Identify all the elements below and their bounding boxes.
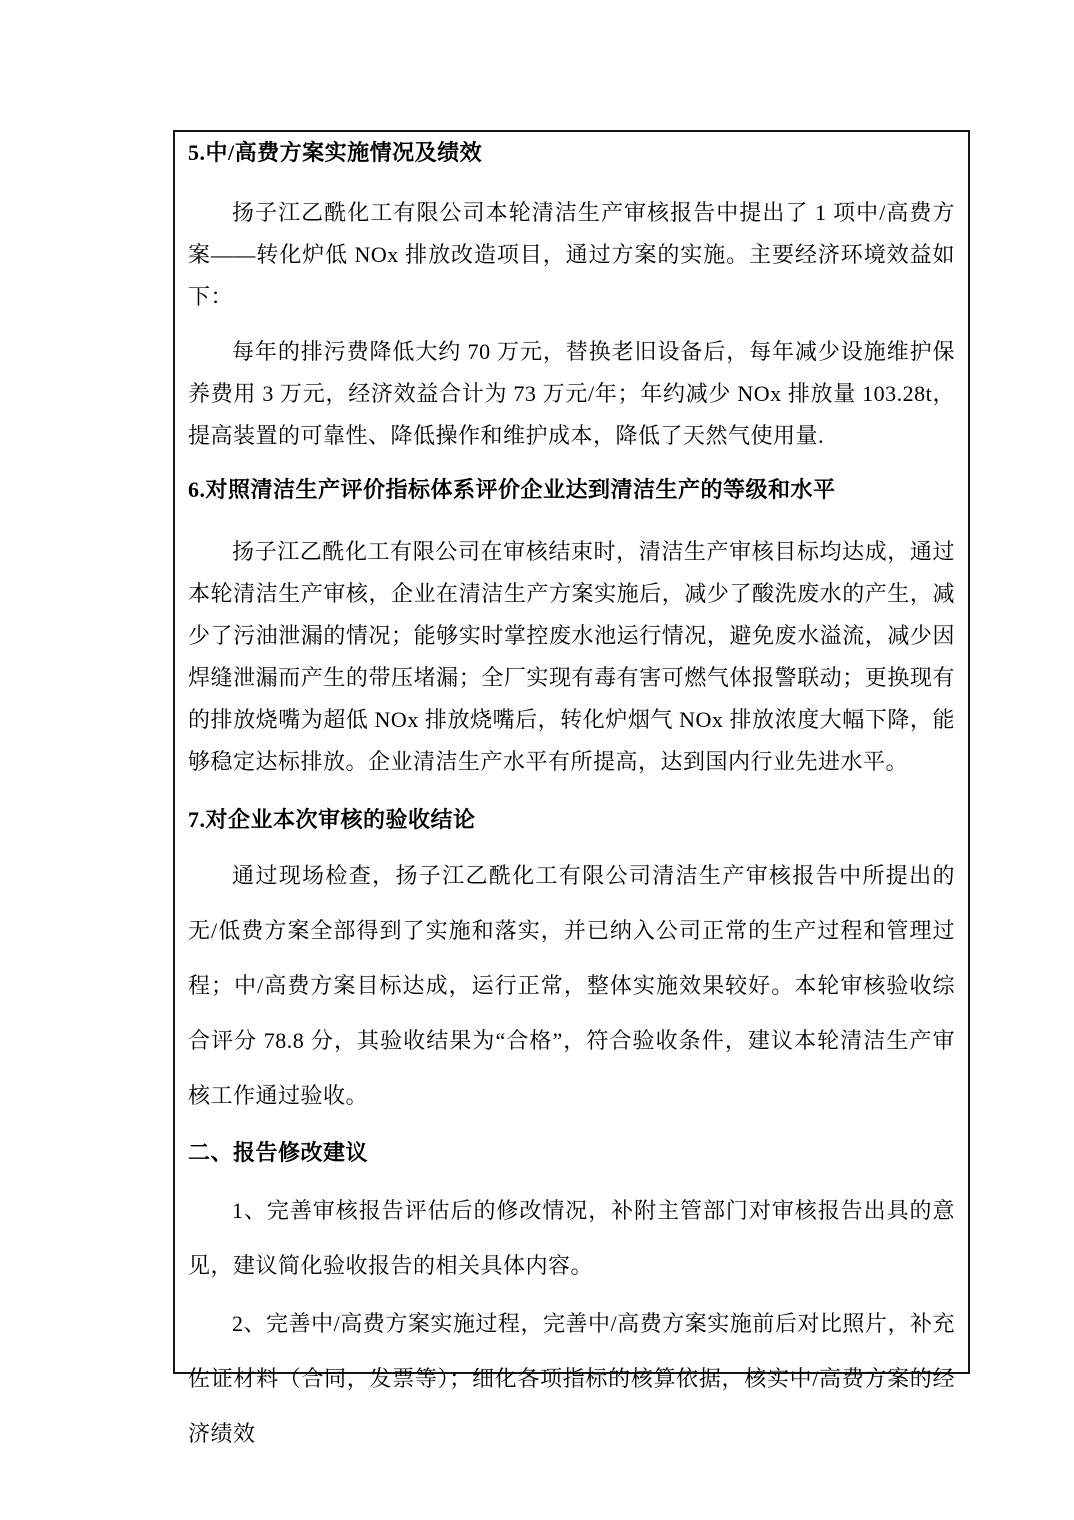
report-page: 5.中/高费方案实施情况及绩效 扬子江乙酰化工有限公司本轮清洁生产审核报告中提出… xyxy=(0,0,1074,1520)
section-5-paragraph-2: 每年的排污费降低大约 70 万元，替换老旧设备后，每年减少设施维护保养费用 3 … xyxy=(188,331,955,457)
section-6-heading: 6.对照清洁生产评价指标体系评价企业达到清洁生产的等级和水平 xyxy=(188,475,955,505)
section-5-heading: 5.中/高费方案实施情况及绩效 xyxy=(188,138,955,168)
report-table-cell: 5.中/高费方案实施情况及绩效 扬子江乙酰化工有限公司本轮清洁生产审核报告中提出… xyxy=(173,130,970,1374)
section-5-paragraph-1: 扬子江乙酰化工有限公司本轮清洁生产审核报告中提出了 1 项中/高费方案——转化炉… xyxy=(188,192,955,318)
revision-suggestion-1: 1、完善审核报告评估后的修改情况，补附主管部门对审核报告出具的意见，建议简化验收… xyxy=(188,1183,955,1293)
section-6-paragraph-1: 扬子江乙酰化工有限公司在审核结束时，清洁生产审核目标均达成，通过本轮清洁生产审核… xyxy=(188,531,955,783)
revision-suggestion-2: 2、完善中/高费方案实施过程，完善中/高费方案实施前后对比照片，补充佐证材料（合… xyxy=(188,1296,955,1461)
section-2-revision-heading: 二、报告修改建议 xyxy=(188,1138,955,1168)
section-7-paragraph-1: 通过现场检查，扬子江乙酰化工有限公司清洁生产审核报告中所提出的无/低费方案全部得… xyxy=(188,848,955,1123)
section-7-heading: 7.对企业本次审核的验收结论 xyxy=(188,805,955,835)
